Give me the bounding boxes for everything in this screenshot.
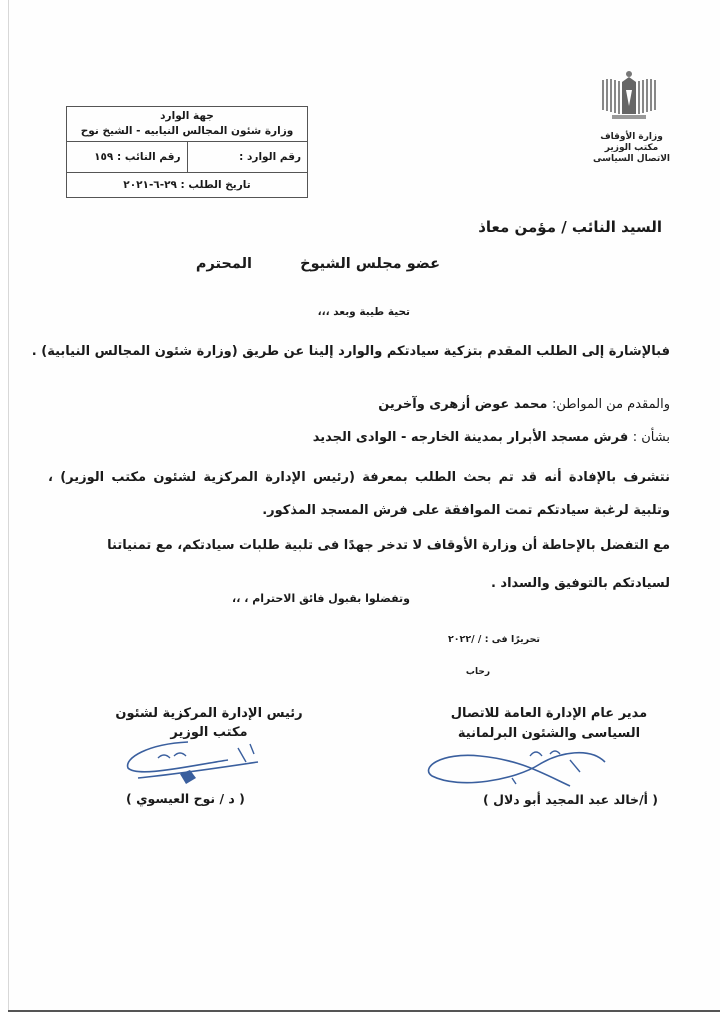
signatory-title: السياسى والشئون البرلمانية <box>424 724 674 744</box>
paragraph-approval: نتشرف بالإفادة أنه قد تم بحث الطلب بمعرف… <box>48 461 670 527</box>
subject-label: بشأن : <box>633 430 670 445</box>
applicant-label: والمقدم من المواطن: <box>552 397 670 412</box>
paragraph-subject: بشأن : فرش مسجد الأبرار بمدينة الخارجه -… <box>313 430 670 445</box>
greeting: تحية طيبة وبعد ،،، <box>318 306 410 318</box>
request-date: تاريخ الطلب : ٢٩-٦-٢٠٢١ <box>67 173 307 197</box>
ministry-header: وزارة الأوقاف مكتب الوزير الاتصال السياس… <box>593 132 670 165</box>
incoming-numbers-row: رقم الوارد : رقم النائب : ١٥٩ <box>67 142 307 173</box>
incoming-source-row: جهة الوارد وزارة شئون المجالس النيابيه -… <box>67 107 307 142</box>
incoming-title: جهة الوارد <box>71 109 303 124</box>
incoming-number: رقم الوارد : <box>188 142 308 172</box>
handwritten-signature-right-icon <box>420 742 620 794</box>
paragraph-reference: فبالإشارة إلى الطلب المقدم بتزكية سيادتك… <box>32 344 670 359</box>
handwritten-signature-left-icon <box>118 738 268 790</box>
paragraph-applicant: والمقدم من المواطن: محمد عوض أزهرى وآخري… <box>378 397 670 412</box>
closing-line: وتفضلوا بقبول فائق الاحترام ، ،، <box>232 592 410 605</box>
addressee-line: السيد النائب / مؤمن معاذ <box>478 218 662 236</box>
egypt-eagle-emblem-icon <box>598 70 660 120</box>
deputy-number: رقم النائب : ١٥٩ <box>67 142 188 172</box>
addressee-respected: المحترم <box>196 256 252 272</box>
signature-block-right: مدير عام الإدارة العامة للاتصال السياسى … <box>424 704 674 744</box>
signatory-name-right: ( أ/خالد عبد المجيد أبو دلال ) <box>483 792 658 807</box>
incoming-info-box: جهة الوارد وزارة شئون المجالس النيابيه -… <box>66 106 308 198</box>
applicant-name: محمد عوض أزهرى وآخرين <box>378 397 547 412</box>
ministry-line: الاتصال السياسى <box>593 154 670 165</box>
ministry-line: مكتب الوزير <box>593 143 670 154</box>
incoming-source: وزارة شئون المجالس النيابيه - الشيخ نوح <box>71 124 303 139</box>
signatory-title: رئيس الإدارة المركزية لشئون <box>104 704 314 723</box>
signatory-name-left: ( د / نوح العيسوي ) <box>126 791 245 806</box>
addressee-member-line: عضو مجلس الشيوخ <box>300 256 440 272</box>
request-date-row: تاريخ الطلب : ٢٩-٦-٢٠٢١ <box>67 173 307 197</box>
page-bottom-edge <box>8 1010 720 1012</box>
subject-value: فرش مسجد الأبرار بمدينة الخارجه - الوادى… <box>313 430 628 445</box>
signature-block-left: رئيس الإدارة المركزية لشئون مكتب الوزير <box>104 704 314 742</box>
signatory-title: مدير عام الإدارة العامة للاتصال <box>424 704 674 724</box>
ministry-line: وزارة الأوقاف <box>593 132 670 143</box>
dated-line: تحريرًا فى : / /٢٠٢٢ <box>448 634 540 645</box>
typist-initials: رحاب <box>466 667 490 677</box>
